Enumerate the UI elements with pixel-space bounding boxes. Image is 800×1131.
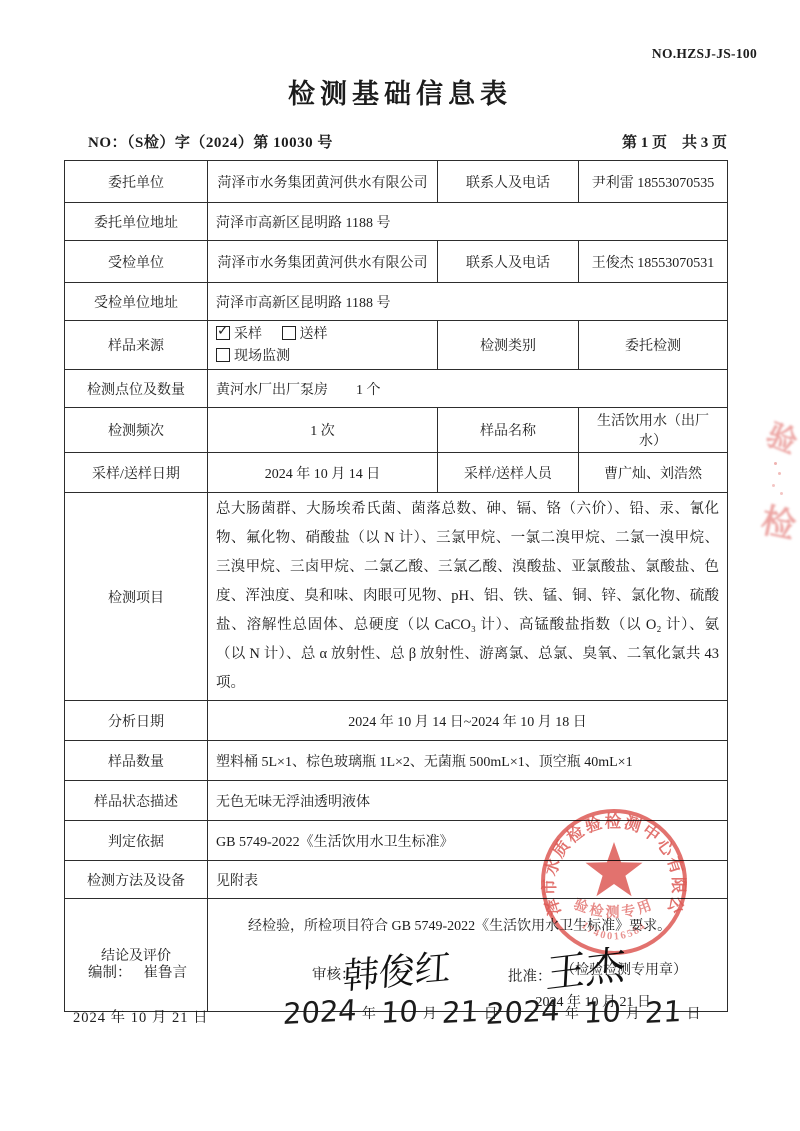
row-value: 塑料桶 5L×1、棕色玻璃瓶 1L×2、无菌瓶 500mL×1、顶空瓶 40mL… — [208, 741, 728, 781]
edge-seal-dots — [774, 462, 777, 465]
year-char: 年 — [362, 1003, 376, 1023]
doc-code: NO.HZSJ-JS-100 — [652, 46, 757, 62]
table-row: 判定依据 GB 5749-2022《生活饮用水卫生标准》 — [65, 821, 728, 861]
row-label: 检测点位及数量 — [65, 370, 208, 408]
row-label: 检测方法及设备 — [65, 861, 208, 899]
table-row: 检测点位及数量 黄河水厂出厂泵房 1 个 — [65, 370, 728, 408]
row-value: 菏泽市高新区昆明路 1188 号 — [208, 283, 728, 321]
row-label: 分析日期 — [65, 701, 208, 741]
table-row: 受检单位 菏泽市水务集团黄河供水有限公司 联系人及电话 王俊杰 18553070… — [65, 241, 728, 283]
month-char: 月 — [423, 1003, 437, 1023]
row-value: 见附表 — [208, 861, 728, 899]
row-label: 委托单位 — [65, 161, 208, 203]
row-label: 联系人及电话 — [438, 161, 579, 203]
row-label: 检测频次 — [65, 408, 208, 453]
year-char: 年 — [565, 1003, 579, 1023]
checkbox-checked-icon: ✓ — [216, 326, 230, 340]
review-date: 2024 年 10 月 21 日 — [283, 995, 498, 1029]
option-label: 送样 — [300, 323, 328, 343]
table-row: 样品来源 ✓ 采样 送样 现场监测 检测类别 委托检 — [65, 321, 728, 370]
review-date-year: 2024 — [282, 993, 358, 1031]
row-value: 2024 年 10 月 14 日 — [208, 453, 438, 493]
sample-source-options: ✓ 采样 送样 现场监测 — [208, 321, 438, 370]
checkbox-unchecked-icon — [282, 326, 296, 340]
document-page: NO.HZSJ-JS-100 检测基础信息表 NO：（S检）字（2024）第 1… — [0, 0, 800, 1131]
prepared-name: 崔鲁言 — [144, 965, 188, 981]
row-label: 结论及评价 — [65, 899, 208, 1012]
sample-source-option-sampling: ✓ 采样 — [216, 323, 262, 343]
row-label: 联系人及电话 — [438, 241, 579, 283]
prepared-date: 2024 年 10 月 21 日 — [73, 1006, 209, 1027]
row-value: 2024 年 10 月 14 日~2024 年 10 月 18 日 — [208, 701, 728, 741]
conclusion-text: 经检验，所检项目符合 GB 5749-2022《生活饮用水卫生标准》要求。 — [222, 915, 719, 935]
review-signature: 韩俊红 — [342, 939, 452, 1000]
option-label: 采样 — [234, 323, 262, 343]
row-value: 无色无味无浮油透明液体 — [208, 781, 728, 821]
approve-date: 2024 年 10 月 21 日 — [486, 995, 701, 1029]
row-label: 检测类别 — [438, 321, 579, 370]
table-row: 检测频次 1 次 样品名称 生活饮用水（出厂水） — [65, 408, 728, 453]
row-label: 采样/送样日期 — [65, 453, 208, 493]
row-label: 样品状态描述 — [65, 781, 208, 821]
row-value: 黄河水厂出厂泵房 1 个 — [208, 370, 728, 408]
row-value: 生活饮用水（出厂水） — [579, 408, 728, 453]
review-date-day: 21 — [441, 994, 480, 1030]
table-row: 受检单位地址 菏泽市高新区昆明路 1188 号 — [65, 283, 728, 321]
row-value: 菏泽市高新区昆明路 1188 号 — [208, 203, 728, 241]
row-value: 尹利雷 18553070535 — [579, 161, 728, 203]
day-char: 日 — [687, 1003, 701, 1023]
table-row: 检测方法及设备 见附表 — [65, 861, 728, 899]
row-value: 1 次 — [208, 408, 438, 453]
row-label: 受检单位地址 — [65, 283, 208, 321]
row-value: 菏泽市水务集团黄河供水有限公司 — [208, 241, 438, 283]
prepared-label: 编制： — [88, 965, 132, 981]
sample-source-option-onsite: 现场监测 — [216, 345, 290, 365]
month-char: 月 — [626, 1003, 640, 1023]
row-label: 判定依据 — [65, 821, 208, 861]
row-label: 样品来源 — [65, 321, 208, 370]
row-value: GB 5749-2022《生活饮用水卫生标准》 — [208, 821, 728, 861]
test-items-text: 总大肠菌群、大肠埃希氏菌、菌落总数、砷、镉、铬（六价）、铅、汞、氰化物、氟化物、… — [208, 493, 728, 701]
row-label: 检测项目 — [65, 493, 208, 701]
page-title: 检测基础信息表 — [0, 72, 800, 111]
review-date-month: 10 — [380, 994, 419, 1030]
sample-source-option-delivered: 送样 — [282, 323, 328, 343]
approve-date-month: 10 — [583, 994, 622, 1030]
table-row: 委托单位 菏泽市水务集团黄河供水有限公司 联系人及电话 尹利雷 18553070… — [65, 161, 728, 203]
table-row: 分析日期 2024 年 10 月 14 日~2024 年 10 月 18 日 — [65, 701, 728, 741]
row-value: 菏泽市水务集团黄河供水有限公司 — [208, 161, 438, 203]
info-table: 委托单位 菏泽市水务集团黄河供水有限公司 联系人及电话 尹利雷 18553070… — [64, 160, 728, 1012]
page-indicator: 第 1 页 共 3 页 — [622, 131, 727, 152]
report-number: NO：（S检）字（2024）第 10030 号 — [88, 131, 333, 152]
row-label: 受检单位 — [65, 241, 208, 283]
edge-seal-fragment: 验 检 — [748, 400, 800, 580]
table-row: 委托单位地址 菏泽市高新区昆明路 1188 号 — [65, 203, 728, 241]
table-row: 样品状态描述 无色无味无浮油透明液体 — [65, 781, 728, 821]
table-row: 采样/送样日期 2024 年 10 月 14 日 采样/送样人员 曹广灿、刘浩然 — [65, 453, 728, 493]
approve-date-day: 21 — [644, 994, 683, 1030]
option-label: 现场监测 — [234, 345, 290, 365]
approve-date-year: 2024 — [485, 993, 561, 1031]
row-label: 样品数量 — [65, 741, 208, 781]
row-label: 样品名称 — [438, 408, 579, 453]
edge-seal-glyph: 验 — [761, 410, 800, 462]
table-row: 检测项目 总大肠菌群、大肠埃希氏菌、菌落总数、砷、镉、铬（六价）、铅、汞、氰化物… — [65, 493, 728, 701]
prepared-by-line: 编制：崔鲁言 — [88, 961, 187, 982]
row-label: 采样/送样人员 — [438, 453, 579, 493]
checkbox-unchecked-icon — [216, 348, 230, 362]
row-value: 王俊杰 18553070531 — [579, 241, 728, 283]
row-value: 委托检测 — [579, 321, 728, 370]
edge-seal-glyph: 检 — [757, 493, 800, 548]
row-value: 曹广灿、刘浩然 — [579, 453, 728, 493]
check-mark: ✓ — [217, 323, 229, 339]
row-label: 委托单位地址 — [65, 203, 208, 241]
approve-signature: 王杰 — [545, 933, 627, 1001]
table-row: 样品数量 塑料桶 5L×1、棕色玻璃瓶 1L×2、无菌瓶 500mL×1、顶空瓶… — [65, 741, 728, 781]
